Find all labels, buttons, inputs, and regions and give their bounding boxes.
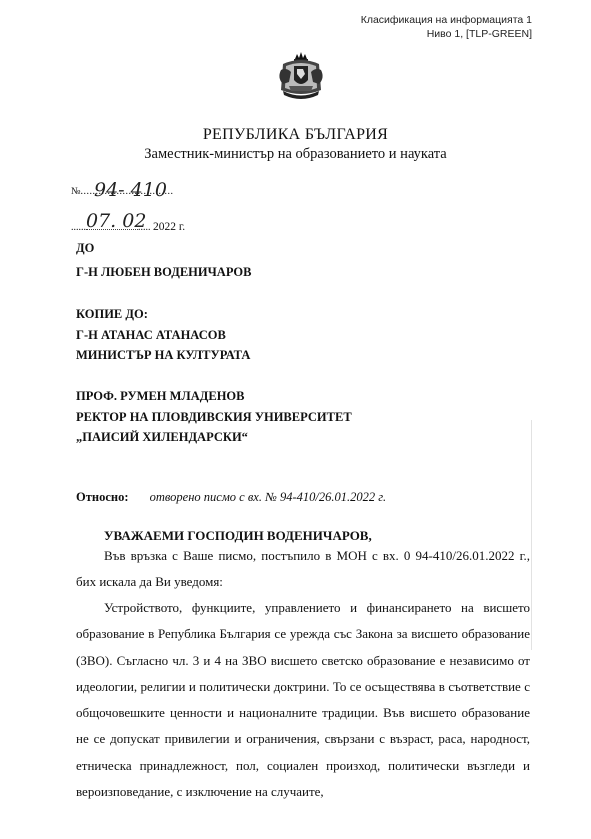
scan-artifact-line [531, 420, 532, 650]
number-prefix: № [71, 186, 81, 197]
document-page: Класификация на информацията 1 Ниво 1, [… [0, 0, 591, 839]
regarding-text: отворено писмо с вх. № 94-410/26.01.2022… [150, 490, 386, 504]
copy2-org: „ПАИСИЙ ХИЛЕНДАРСКИ“ [76, 430, 248, 445]
copy1-title: МИНИСТЪР НА КУЛТУРАТА [76, 348, 250, 363]
coat-of-arms-icon [273, 50, 329, 106]
body-paragraph-1-text: Във връзка с Ваше писмо, постъпило в МОН… [76, 548, 530, 589]
classification-line-1: Класификация на информацията 1 [361, 13, 532, 27]
to-name: Г-Н ЛЮБЕН ВОДЕНИЧАРОВ [76, 265, 251, 280]
regarding-label: Относно: [76, 490, 128, 504]
copy2-name: ПРОФ. РУМЕН МЛАДЕНОВ [76, 389, 245, 404]
regarding-line: Относно: отворено писмо с вх. № 94-410/2… [76, 490, 386, 505]
to-label: ДО [76, 241, 94, 256]
copy1-name: Г-Н АТАНАС АТАНАСОВ [76, 328, 226, 343]
classification-label: Класификация на информацията 1 Ниво 1, [… [361, 13, 532, 41]
copy2-title: РЕКТОР НА ПЛОВДИВСКИЯ УНИВЕРСИТЕТ [76, 410, 352, 425]
country-heading: РЕПУБЛИКА БЪЛГАРИЯ [0, 126, 591, 144]
handwritten-number: 94- 410 [94, 179, 167, 201]
registration-year: 2022 г. [153, 221, 185, 233]
copy-label: КОПИЕ ДО: [76, 307, 148, 322]
body-paragraph-1: Във връзка с Ваше писмо, постъпило в МОН… [76, 543, 530, 596]
ministry-heading: Заместник-министър на образованието и на… [0, 146, 591, 163]
body-paragraph-2: Устройството, функциите, управлението и … [76, 595, 530, 805]
body-paragraph-2-text: Устройството, функциите, управлението и … [76, 600, 530, 799]
date-dots-left: ...... [71, 222, 86, 233]
salutation: УВАЖАЕМИ ГОСПОДИН ВОДЕНИЧАРОВ, [104, 528, 372, 544]
handwritten-date: 07. 02 [86, 210, 146, 232]
classification-line-2: Ниво 1, [TLP-GREEN] [361, 27, 532, 41]
